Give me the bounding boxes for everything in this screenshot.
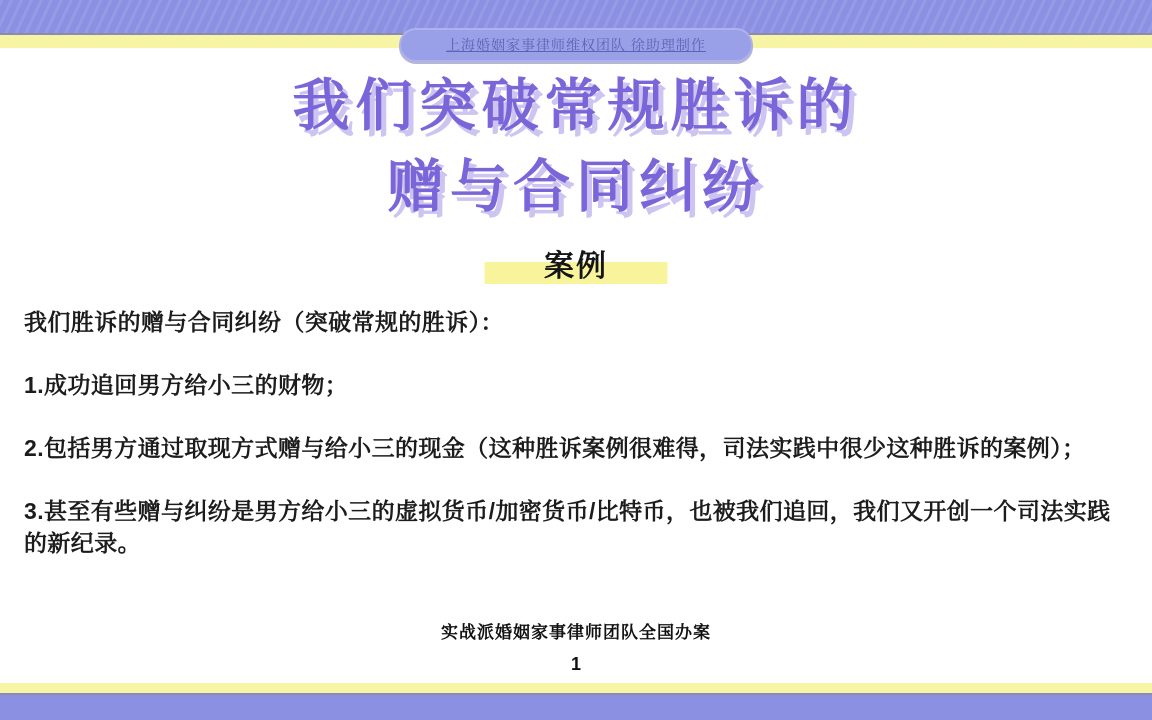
body-point-2: 2.包括男方通过取现方式赠与给小三的现金（这种胜诉案例很难得，司法实践中很少这种… [24, 432, 1128, 464]
body-text-block: 我们胜诉的赠与合同纠纷（突破常规的胜诉）： 1.成功追回男方给小三的财物； 2.… [24, 306, 1128, 590]
main-title-line-2: 赠与合同纠纷 [0, 147, 1152, 228]
body-point-1: 1.成功追回男方给小三的财物； [24, 369, 1128, 401]
case-heading-label: 案例 [0, 241, 1152, 285]
team-badge: 上海婚姻家事律师维权团队 徐助理制作 [399, 28, 753, 62]
page-number: 1 [0, 654, 1152, 675]
case-heading: 案例 [0, 241, 1152, 289]
body-intro: 我们胜诉的赠与合同纠纷（突破常规的胜诉）： [24, 306, 1128, 338]
team-badge-label: 上海婚姻家事律师维权团队 徐助理制作 [446, 35, 706, 55]
slide-page: 上海婚姻家事律师维权团队 徐助理制作 我们突破常规胜诉的 赠与合同纠纷 案例 我… [0, 0, 1152, 720]
main-title-line-1: 我们突破常规胜诉的 [0, 66, 1152, 147]
body-point-3: 3.甚至有些赠与纠纷是男方给小三的虚拟货币/加密货币/比特币，也被我们追回，我们… [24, 495, 1128, 559]
footer-team-line: 实战派婚姻家事律师团队全国办案 [0, 618, 1152, 643]
bottom-yellow-band [0, 683, 1152, 693]
bottom-purple-band [0, 695, 1152, 720]
main-title: 我们突破常规胜诉的 赠与合同纠纷 [0, 66, 1152, 228]
